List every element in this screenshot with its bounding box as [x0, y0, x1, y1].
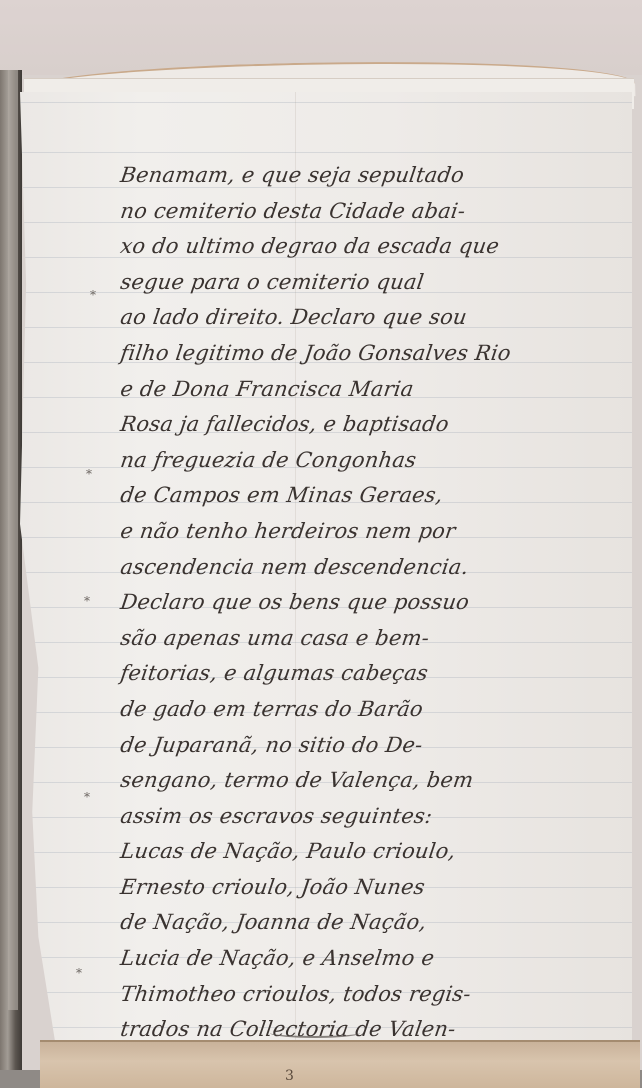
margin-mark: * [90, 288, 96, 302]
text-line: ao lado direito. Declaro que sou [118, 300, 593, 336]
text-line: Benamam, e que seja sepultado [118, 158, 593, 194]
text-line: ascendencia nem descendencia. [118, 550, 593, 586]
text-line: e de Dona Francisca Maria [118, 372, 593, 408]
binding-strip [8, 70, 18, 1010]
text-line: no cemiterio desta Cidade abai- [118, 194, 593, 230]
text-line: de Campos em Minas Geraes, [118, 478, 593, 514]
text-line: sengano, termo de Valença, bem [118, 763, 593, 799]
stained-page-edge: 3 [40, 1040, 640, 1088]
text-line: feitorias, e algumas cabeças [118, 656, 593, 692]
text-line: segue para o cemiterio qual [118, 265, 593, 301]
text-line: Declaro que os bens que possuo [118, 585, 593, 621]
text-line: Lucia de Nação, e Anselmo e [118, 941, 593, 977]
margin-mark: * [84, 594, 90, 608]
text-line: Thimotheo crioulos, todos regis- [118, 977, 593, 1013]
margin-mark: * [76, 966, 82, 980]
text-line: são apenas uma casa e bem- [118, 621, 593, 657]
text-line: de Nação, Joanna de Nação, [118, 905, 593, 941]
text-line: xo do ultimo degrao da escada que [118, 229, 593, 265]
text-line: de Juparanã, no sitio do De- [118, 728, 593, 764]
page-edge-mark: 3 [285, 1068, 294, 1084]
text-line: e não tenho herdeiros nem por [118, 514, 593, 550]
text-line: Lucas de Nação, Paulo crioulo, [118, 834, 593, 870]
ink-flourish [270, 1028, 360, 1038]
margin-mark: * [86, 467, 92, 481]
text-line: Rosa ja fallecidos, e baptisado [118, 407, 593, 443]
text-line: de gado em terras do Barão [118, 692, 593, 728]
margin-mark: * [84, 790, 90, 804]
text-line: assim os escravos seguintes: [118, 799, 593, 835]
handwritten-text-block: Benamam, e que seja sepultado no cemiter… [118, 158, 588, 1048]
text-line: Ernesto crioulo, João Nunes [118, 870, 593, 906]
text-line: filho legitimo de João Gonsalves Rio [118, 336, 593, 372]
text-line: na freguezia de Congonhas [118, 443, 593, 479]
